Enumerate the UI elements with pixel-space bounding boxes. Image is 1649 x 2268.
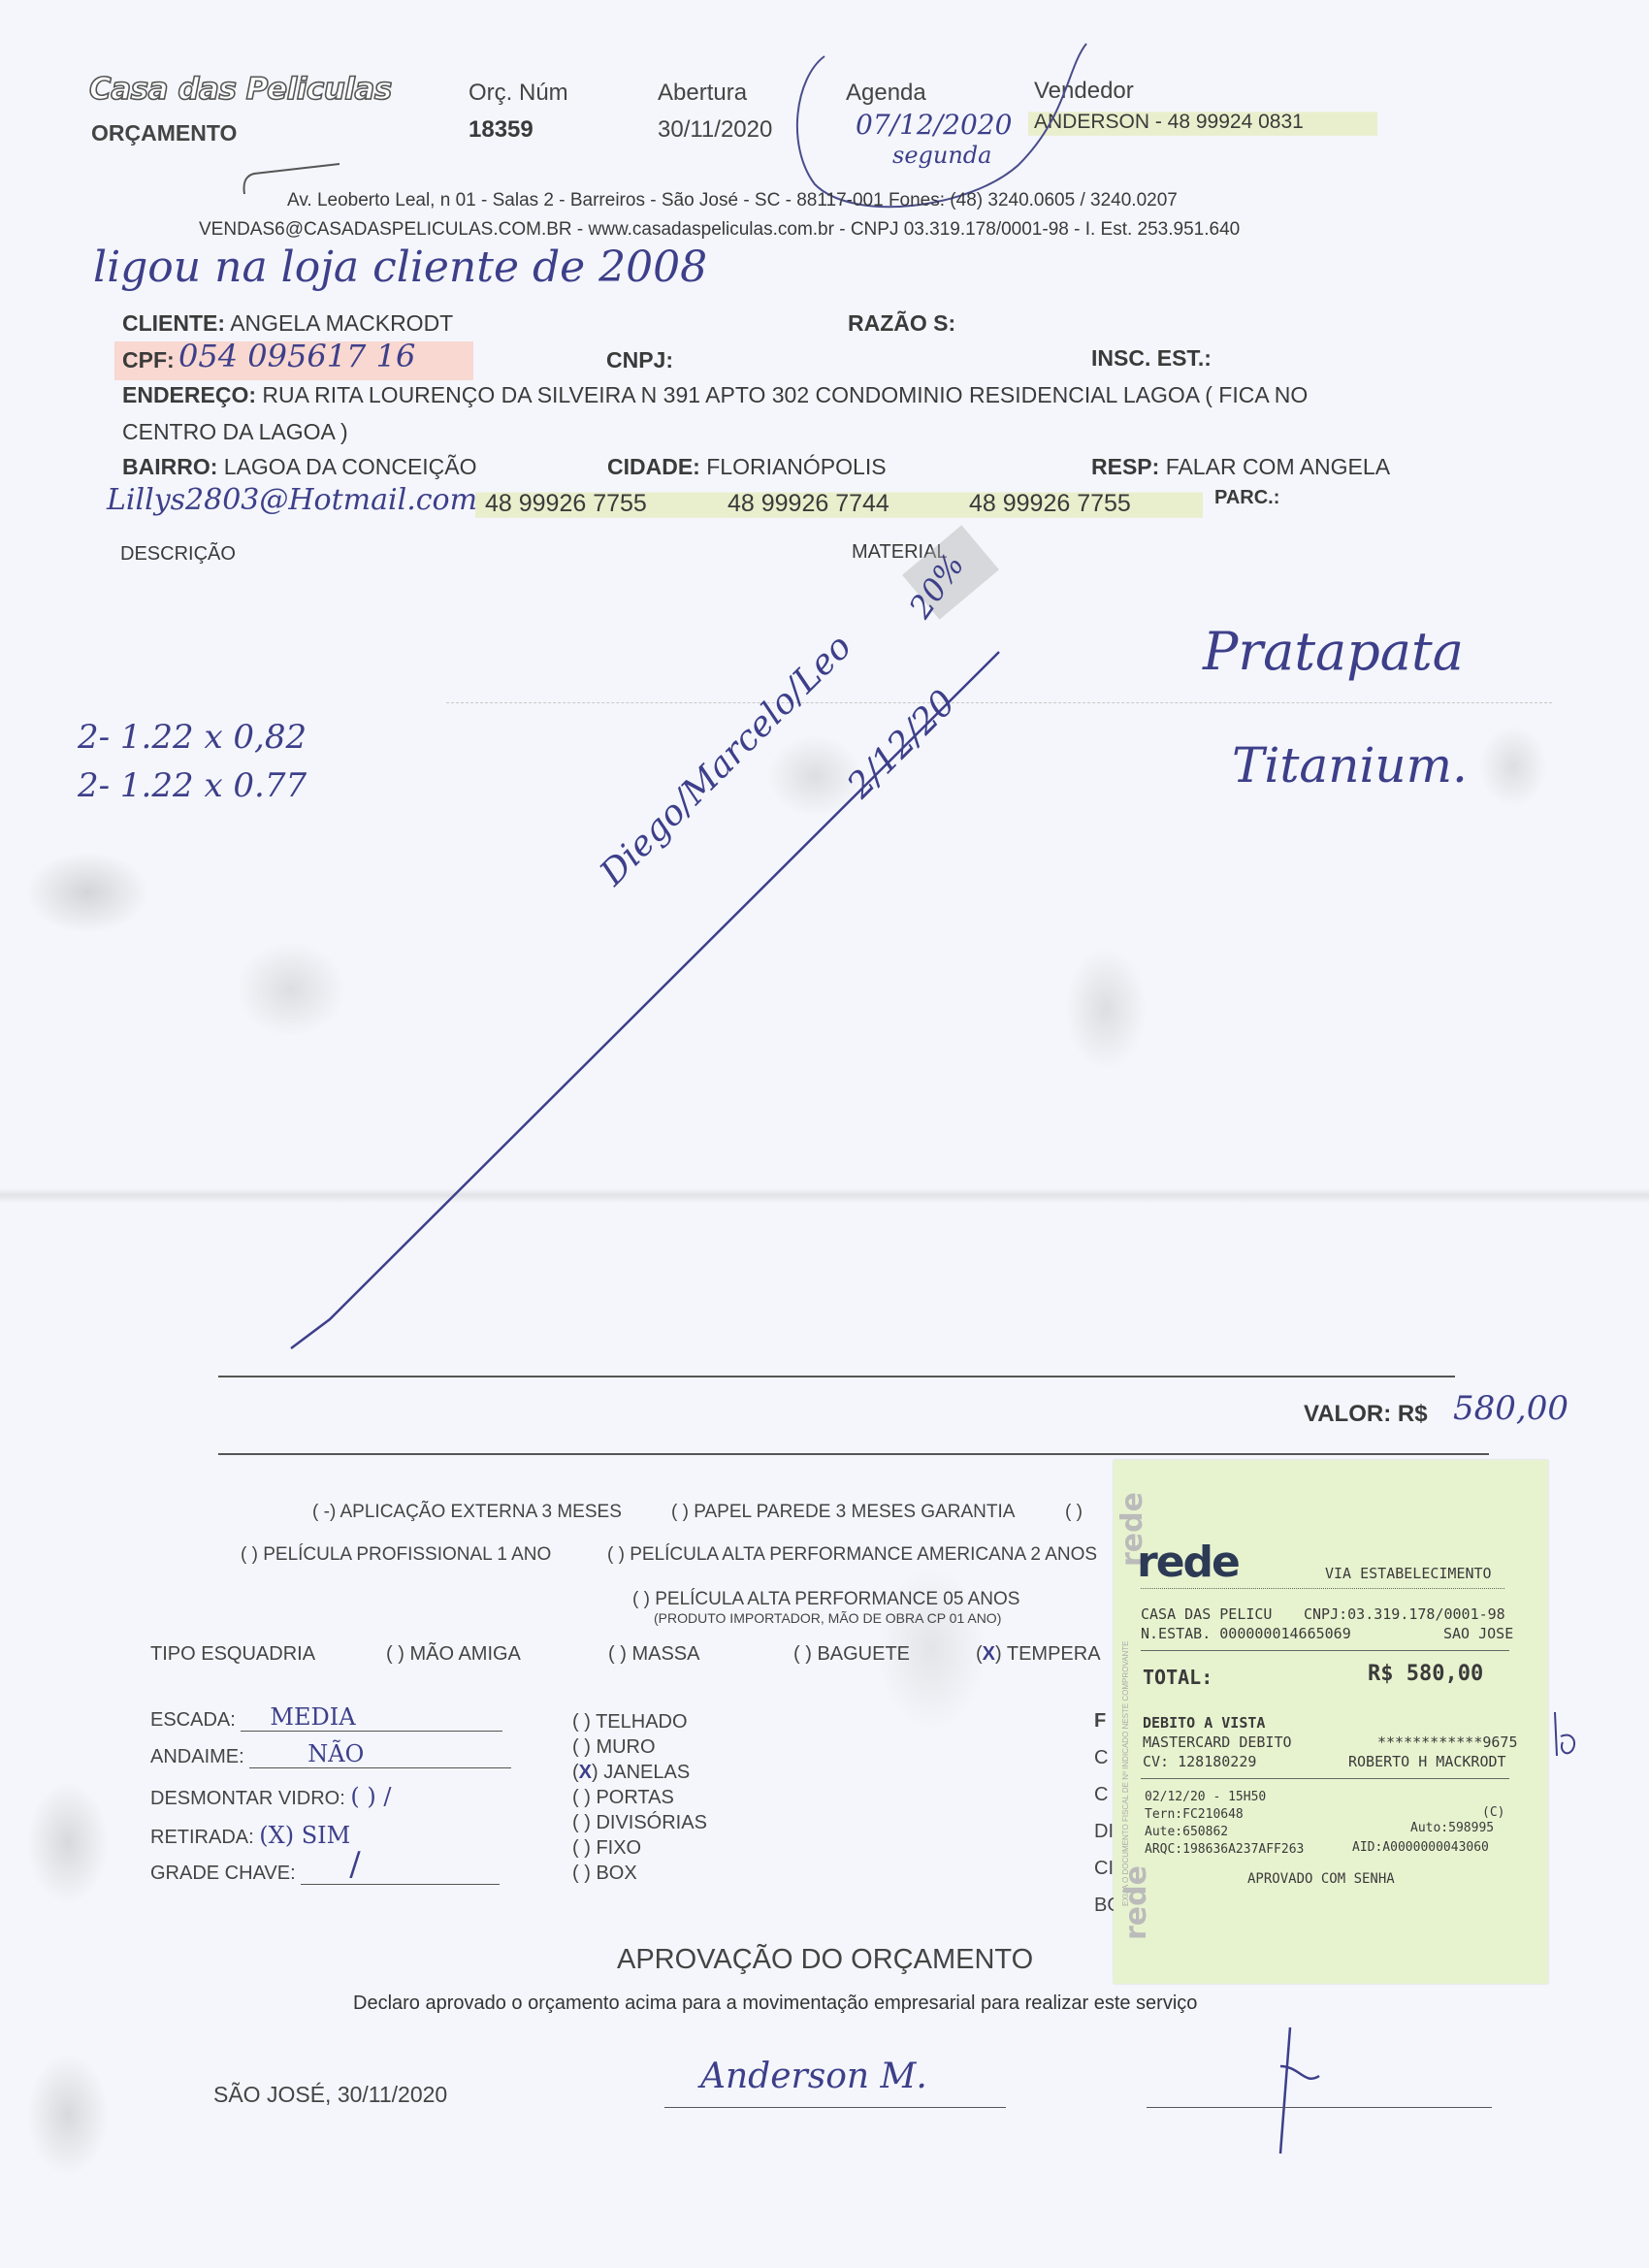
- receipt-status: APROVADO COM SENHA: [1247, 1871, 1395, 1887]
- option-label: PELÍCULA ALTA PERFORMANCE AMERICANA 2 AN…: [630, 1544, 1097, 1565]
- checkbox-label: MASSA: [631, 1643, 699, 1665]
- phone-2: 48 99926 7744: [727, 490, 889, 518]
- esquadria-massa[interactable]: ( ) MASSA: [608, 1643, 699, 1666]
- location-muro[interactable]: ( ) MURO: [572, 1734, 707, 1760]
- locations-list: ( ) TELHADO ( ) MURO (X) JANELAS ( ) POR…: [572, 1709, 707, 1886]
- esquadria-mao-amiga[interactable]: ( ) MÃO AMIGA: [386, 1643, 521, 1666]
- field-label: ANDAIME:: [150, 1746, 244, 1767]
- receipt-card-number: ************9675: [1377, 1733, 1518, 1751]
- receipt-arqc: ARQC:198636A237AFF263: [1145, 1842, 1304, 1857]
- cliente-value: ANGELA MACKRODT: [230, 310, 453, 336]
- cliente-label: CLIENTE:: [122, 310, 225, 336]
- checkbox-label: BAGUETE: [817, 1643, 910, 1665]
- cidade-label: CIDADE:: [607, 454, 700, 479]
- approval-declaration: Declaro aprovado o orçamento acima para …: [353, 1993, 1197, 2015]
- rede-logo: rede: [1137, 1538, 1239, 1587]
- doc-type: ORÇAMENTO: [91, 120, 237, 146]
- field-retirada: RETIRADA: (X) SIM: [150, 1822, 350, 1849]
- receipt-cv: CV: 128180229: [1143, 1753, 1256, 1770]
- receipt-total: R$ 580,00: [1368, 1662, 1483, 1686]
- option-unlabeled[interactable]: ( ): [1065, 1502, 1083, 1523]
- option-mark: -: [324, 1502, 330, 1522]
- receipt-holder: ROBERTO H MACKRODT: [1348, 1753, 1506, 1770]
- endereco-line1: RUA RITA LOURENÇO DA SILVEIRA N 391 APTO…: [262, 382, 1308, 407]
- descricao-label: DESCRIÇÃO: [120, 543, 236, 566]
- orc-num: 18359: [469, 116, 533, 144]
- resp-label: RESP:: [1091, 454, 1159, 479]
- seller-signature-line: [664, 2107, 1006, 2108]
- rede-watermark-bottom: rede: [1119, 1865, 1153, 1940]
- parc-label: PARC.:: [1214, 487, 1279, 509]
- option-label: APLICAÇÃO EXTERNA 3 MESES: [340, 1502, 622, 1522]
- option-aplicacao-externa[interactable]: ( -) APLICAÇÃO EXTERNA 3 MESES: [312, 1502, 622, 1523]
- abertura-label: Abertura: [658, 80, 747, 107]
- receipt-divider: [1141, 1588, 1504, 1589]
- location-telhado[interactable]: ( ) TELHADO: [572, 1709, 707, 1734]
- desmontar-vidro-value[interactable]: ( ) /: [350, 1783, 391, 1810]
- resp-value: FALAR COM ANGELA: [1166, 454, 1390, 479]
- phone-3: 48 99926 7755: [969, 490, 1131, 518]
- cpf-label: CPF:: [122, 347, 175, 373]
- cidade-value: FLORIANÓPOLIS: [706, 454, 886, 479]
- field-label: GRADE CHAVE:: [150, 1863, 296, 1884]
- receipt-term: Tern:FC210648: [1145, 1807, 1244, 1822]
- valor-top-line: [218, 1376, 1455, 1377]
- cpf-handwritten: 054 095617 16: [178, 338, 415, 374]
- receipt-auto: Auto:598995: [1410, 1821, 1494, 1835]
- receipt-total-label: TOTAL:: [1143, 1666, 1212, 1689]
- field-andaime: ANDAIME: NÃO: [150, 1744, 511, 1768]
- checkbox-label: TEMPERA: [1007, 1643, 1101, 1665]
- esquadria-baguete[interactable]: ( ) BAGUETE: [793, 1643, 910, 1666]
- receipt-city: SAO JOSE: [1443, 1625, 1513, 1642]
- pen-mark: [1547, 1707, 1586, 1766]
- endereco-label: ENDEREÇO:: [122, 382, 256, 407]
- esquadria-label: TIPO ESQUADRIA: [150, 1643, 315, 1666]
- field-label: ESCADA:: [150, 1709, 236, 1731]
- escada-value[interactable]: MEDIA: [270, 1703, 355, 1731]
- phone-1: 48 99926 7755: [485, 490, 647, 518]
- receipt-estab: N.ESTAB. 000000014665069: [1141, 1625, 1351, 1642]
- option-pelicula-05-anos-sublabel: (PRODUTO IMPORTADOR, MÃO DE OBRA CP 01 A…: [654, 1610, 1001, 1626]
- receipt-card: MASTERCARD DEBITO: [1143, 1733, 1292, 1751]
- location-divisorias[interactable]: ( ) DIVISÓRIAS: [572, 1810, 707, 1835]
- receipt-cnpj: CNPJ:03.319.178/0001-98: [1304, 1605, 1505, 1623]
- receipt-datetime: 02/12/20 - 15H50: [1145, 1790, 1266, 1804]
- abertura-date: 30/11/2020: [658, 116, 772, 144]
- receipt-divider: [1141, 1650, 1509, 1651]
- receipt-mode: (C): [1482, 1805, 1504, 1820]
- field-escada: ESCADA: MEDIA: [150, 1707, 502, 1732]
- bairro-label: BAIRRO:: [122, 454, 217, 479]
- seller-signature[interactable]: Anderson M.: [700, 2057, 927, 2096]
- option-papel-parede[interactable]: ( ) PAPEL PAREDE 3 MESES GARANTIA: [671, 1502, 1015, 1523]
- company-address: Av. Leoberto Leal, n 01 - Salas 2 - Barr…: [287, 190, 1178, 211]
- receipt-divider: [1141, 1778, 1509, 1779]
- razao-label: RAZÃO S:: [848, 310, 955, 337]
- receipt-aute: Aute:650862: [1145, 1825, 1228, 1839]
- location-fixo[interactable]: ( ) FIXO: [572, 1835, 707, 1861]
- material-note-line1: Pratapata: [1203, 621, 1464, 682]
- location-box[interactable]: ( ) BOX: [572, 1861, 707, 1886]
- orc-num-label: Orç. Núm: [469, 80, 568, 107]
- valor-label: VALOR: R$: [1304, 1401, 1428, 1428]
- checkbox-label: MÃO AMIGA: [409, 1643, 520, 1665]
- bairro-value: LAGOA DA CONCEIÇÃO: [224, 454, 477, 479]
- card-receipt: rede EXIJA O DOCUMENTO FISCAL DE Nº INDI…: [1114, 1460, 1548, 1984]
- retirada-value[interactable]: (X) SIM: [259, 1822, 350, 1849]
- valor-handwritten: 580,00: [1453, 1389, 1568, 1428]
- option-pelicula-05-anos[interactable]: ( ) PELÍCULA ALTA PERFORMANCE 05 ANOS: [632, 1589, 1019, 1610]
- company-logo: Casa das Peliculas: [89, 72, 392, 107]
- company-contact: VENDAS6@CASADASPELICULAS.COM.BR - www.ca…: [199, 219, 1240, 241]
- option-pelicula-profissional[interactable]: ( ) PELÍCULA PROFISSIONAL 1 ANO: [241, 1544, 551, 1566]
- field-grade-chave: GRADE CHAVE: /: [150, 1861, 500, 1885]
- receipt-payment-type: DEBITO A VISTA: [1143, 1714, 1265, 1732]
- andaime-value[interactable]: NÃO: [307, 1740, 364, 1767]
- client-signature-stroke: [1212, 2018, 1426, 2163]
- client-signature-line: [1147, 2107, 1492, 2108]
- esquadria-tempera[interactable]: (X) TEMPERA: [976, 1643, 1101, 1666]
- checkbox-mark: X: [983, 1643, 995, 1665]
- field-label: DESMONTAR VIDRO:: [150, 1788, 345, 1809]
- measurement-1: 2- 1.22 x 0,82: [78, 718, 307, 757]
- grade-chave-value[interactable]: /: [349, 1845, 360, 1884]
- option-label: PELÍCULA PROFISSIONAL 1 ANO: [263, 1544, 551, 1565]
- approval-title: APROVAÇÃO DO ORÇAMENTO: [617, 1944, 1033, 1976]
- material-note-line2: Titanium.: [1232, 737, 1468, 794]
- field-desmontar-vidro: DESMONTAR VIDRO: ( ) /: [150, 1783, 391, 1810]
- receipt-merchant: CASA DAS PELICU: [1141, 1605, 1272, 1623]
- insc-est-label: INSC. EST.:: [1091, 345, 1212, 372]
- location-portas[interactable]: ( ) PORTAS: [572, 1785, 707, 1810]
- field-label: RETIRADA:: [150, 1827, 254, 1848]
- receipt-via: VIA ESTABELECIMENTO: [1325, 1565, 1492, 1582]
- valor-bottom-line: [218, 1453, 1489, 1455]
- option-label: PELÍCULA ALTA PERFORMANCE 05 ANOS: [655, 1589, 1019, 1609]
- cnpj-label: CNPJ:: [606, 347, 673, 373]
- approval-place-date: SÃO JOSÉ, 30/11/2020: [213, 2082, 447, 2108]
- measurement-2: 2- 1.22 x 0.77: [78, 766, 307, 805]
- receipt-aid: AID:A0000000043060: [1352, 1840, 1489, 1855]
- email-handwritten: Lillys2803@Hotmail.com: [107, 483, 477, 517]
- handwritten-note: ligou na loja cliente de 2008: [93, 243, 707, 292]
- option-label: PAPEL PAREDE 3 MESES GARANTIA: [694, 1502, 1015, 1522]
- agenda-circle-annotation: [776, 39, 1106, 213]
- location-janelas[interactable]: (X) JANELAS: [572, 1760, 707, 1785]
- endereco-line2: CENTRO DA LAGOA ): [122, 419, 348, 445]
- option-pelicula-americana[interactable]: ( ) PELÍCULA ALTA PERFORMANCE AMERICANA …: [607, 1544, 1097, 1566]
